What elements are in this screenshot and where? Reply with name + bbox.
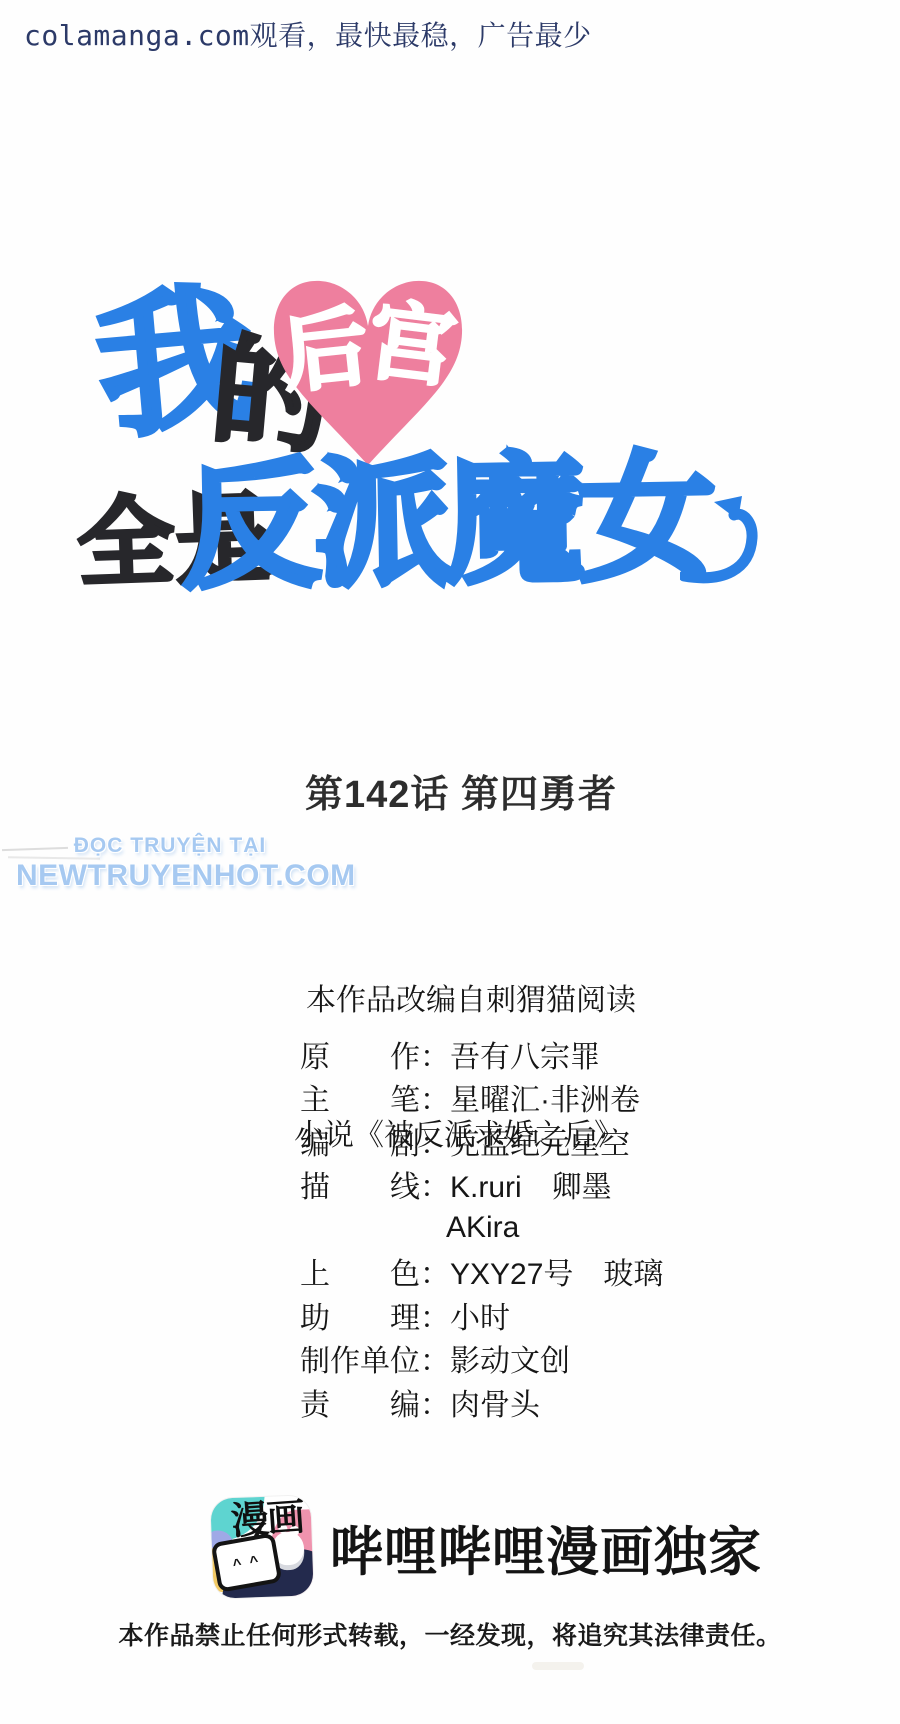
credit-value: K.ruri 卿墨	[450, 1162, 612, 1206]
credit-label: 助 理：	[300, 1293, 450, 1337]
heart-text: 后 宫	[270, 308, 466, 394]
credit-value: 小时	[450, 1293, 510, 1337]
credit-row: 主 笔：星曜汇·非洲卷	[300, 1076, 663, 1120]
credits-list: 原 作：吾有八宗罪 主 笔：星曜汇·非洲卷 编 剧：克蓝纪元星空 描 线：K.r…	[300, 1032, 663, 1424]
credit-row-continuation: AKira	[300, 1206, 663, 1250]
watermark-line2: NEWTRUYENHOT.COM	[16, 859, 324, 893]
credit-row: 原 作：吾有八宗罪	[300, 1032, 663, 1076]
credit-label: 原 作：	[300, 1032, 450, 1076]
credit-value: 影动文创	[450, 1336, 570, 1380]
credit-value: AKira	[446, 1211, 519, 1245]
credit-value: 肉骨头	[450, 1380, 540, 1424]
site-watermark: ĐỌC TRUYỆN TẠI NEWTRUYENHOT.COM	[16, 834, 324, 893]
credit-label: 描 线：	[300, 1162, 450, 1206]
credit-row: 助 理：小时	[300, 1293, 663, 1337]
legal-notice: 本作品禁止任何形式转载，一经发现，将追究其法律责任。	[0, 1616, 900, 1652]
credit-row: 制作单位：影动文创	[300, 1337, 663, 1381]
credit-label: 责 编：	[300, 1380, 450, 1424]
devil-tail-icon	[680, 484, 774, 586]
stray-mark	[532, 1662, 584, 1670]
logo-char-gong: 宫	[364, 297, 460, 393]
credit-value: YXY27号 玻璃	[450, 1249, 663, 1293]
credit-value: 克蓝纪元星空	[450, 1119, 630, 1163]
credit-row: 编 剧：克蓝纪元星空	[300, 1119, 663, 1163]
credit-value: 星曜汇·非洲卷	[450, 1075, 640, 1119]
credit-label: 上 色：	[300, 1249, 450, 1293]
tv-face-eyes: ^ ^	[231, 1552, 261, 1574]
credit-label: 编 剧：	[300, 1119, 450, 1163]
site-promo-text: colamanga.com观看，最快最稳，广告最少	[24, 14, 592, 54]
credit-row: 描 线：K.ruri 卿墨	[300, 1163, 663, 1207]
credit-row: 责 编：肉骨头	[300, 1380, 663, 1424]
comic-title-page: colamanga.com观看，最快最稳，广告最少 我 的 后 宫 全是 反派魔…	[0, 0, 900, 1724]
logo-word-fanpai: 反派魔女	[181, 449, 711, 596]
credit-label: 制作单位：	[300, 1336, 450, 1380]
credit-row: 上 色：YXY27号 玻璃	[300, 1250, 663, 1294]
credit-label: 主 笔：	[300, 1075, 450, 1119]
bilibili-manga-app-icon: 漫画 ^ ^	[210, 1495, 313, 1598]
adaptation-line1: 本作品改编自刺猬猫阅读	[306, 978, 636, 1023]
exclusive-text: 哔哩哔哩漫画独家	[330, 1510, 762, 1586]
credit-value: 吾有八宗罪	[450, 1032, 600, 1076]
logo-char-hou: 后	[278, 304, 373, 399]
watermark-line1: ĐỌC TRUYỆN TẠI	[16, 834, 324, 858]
chapter-title: 第142话 第四勇者	[305, 763, 617, 818]
